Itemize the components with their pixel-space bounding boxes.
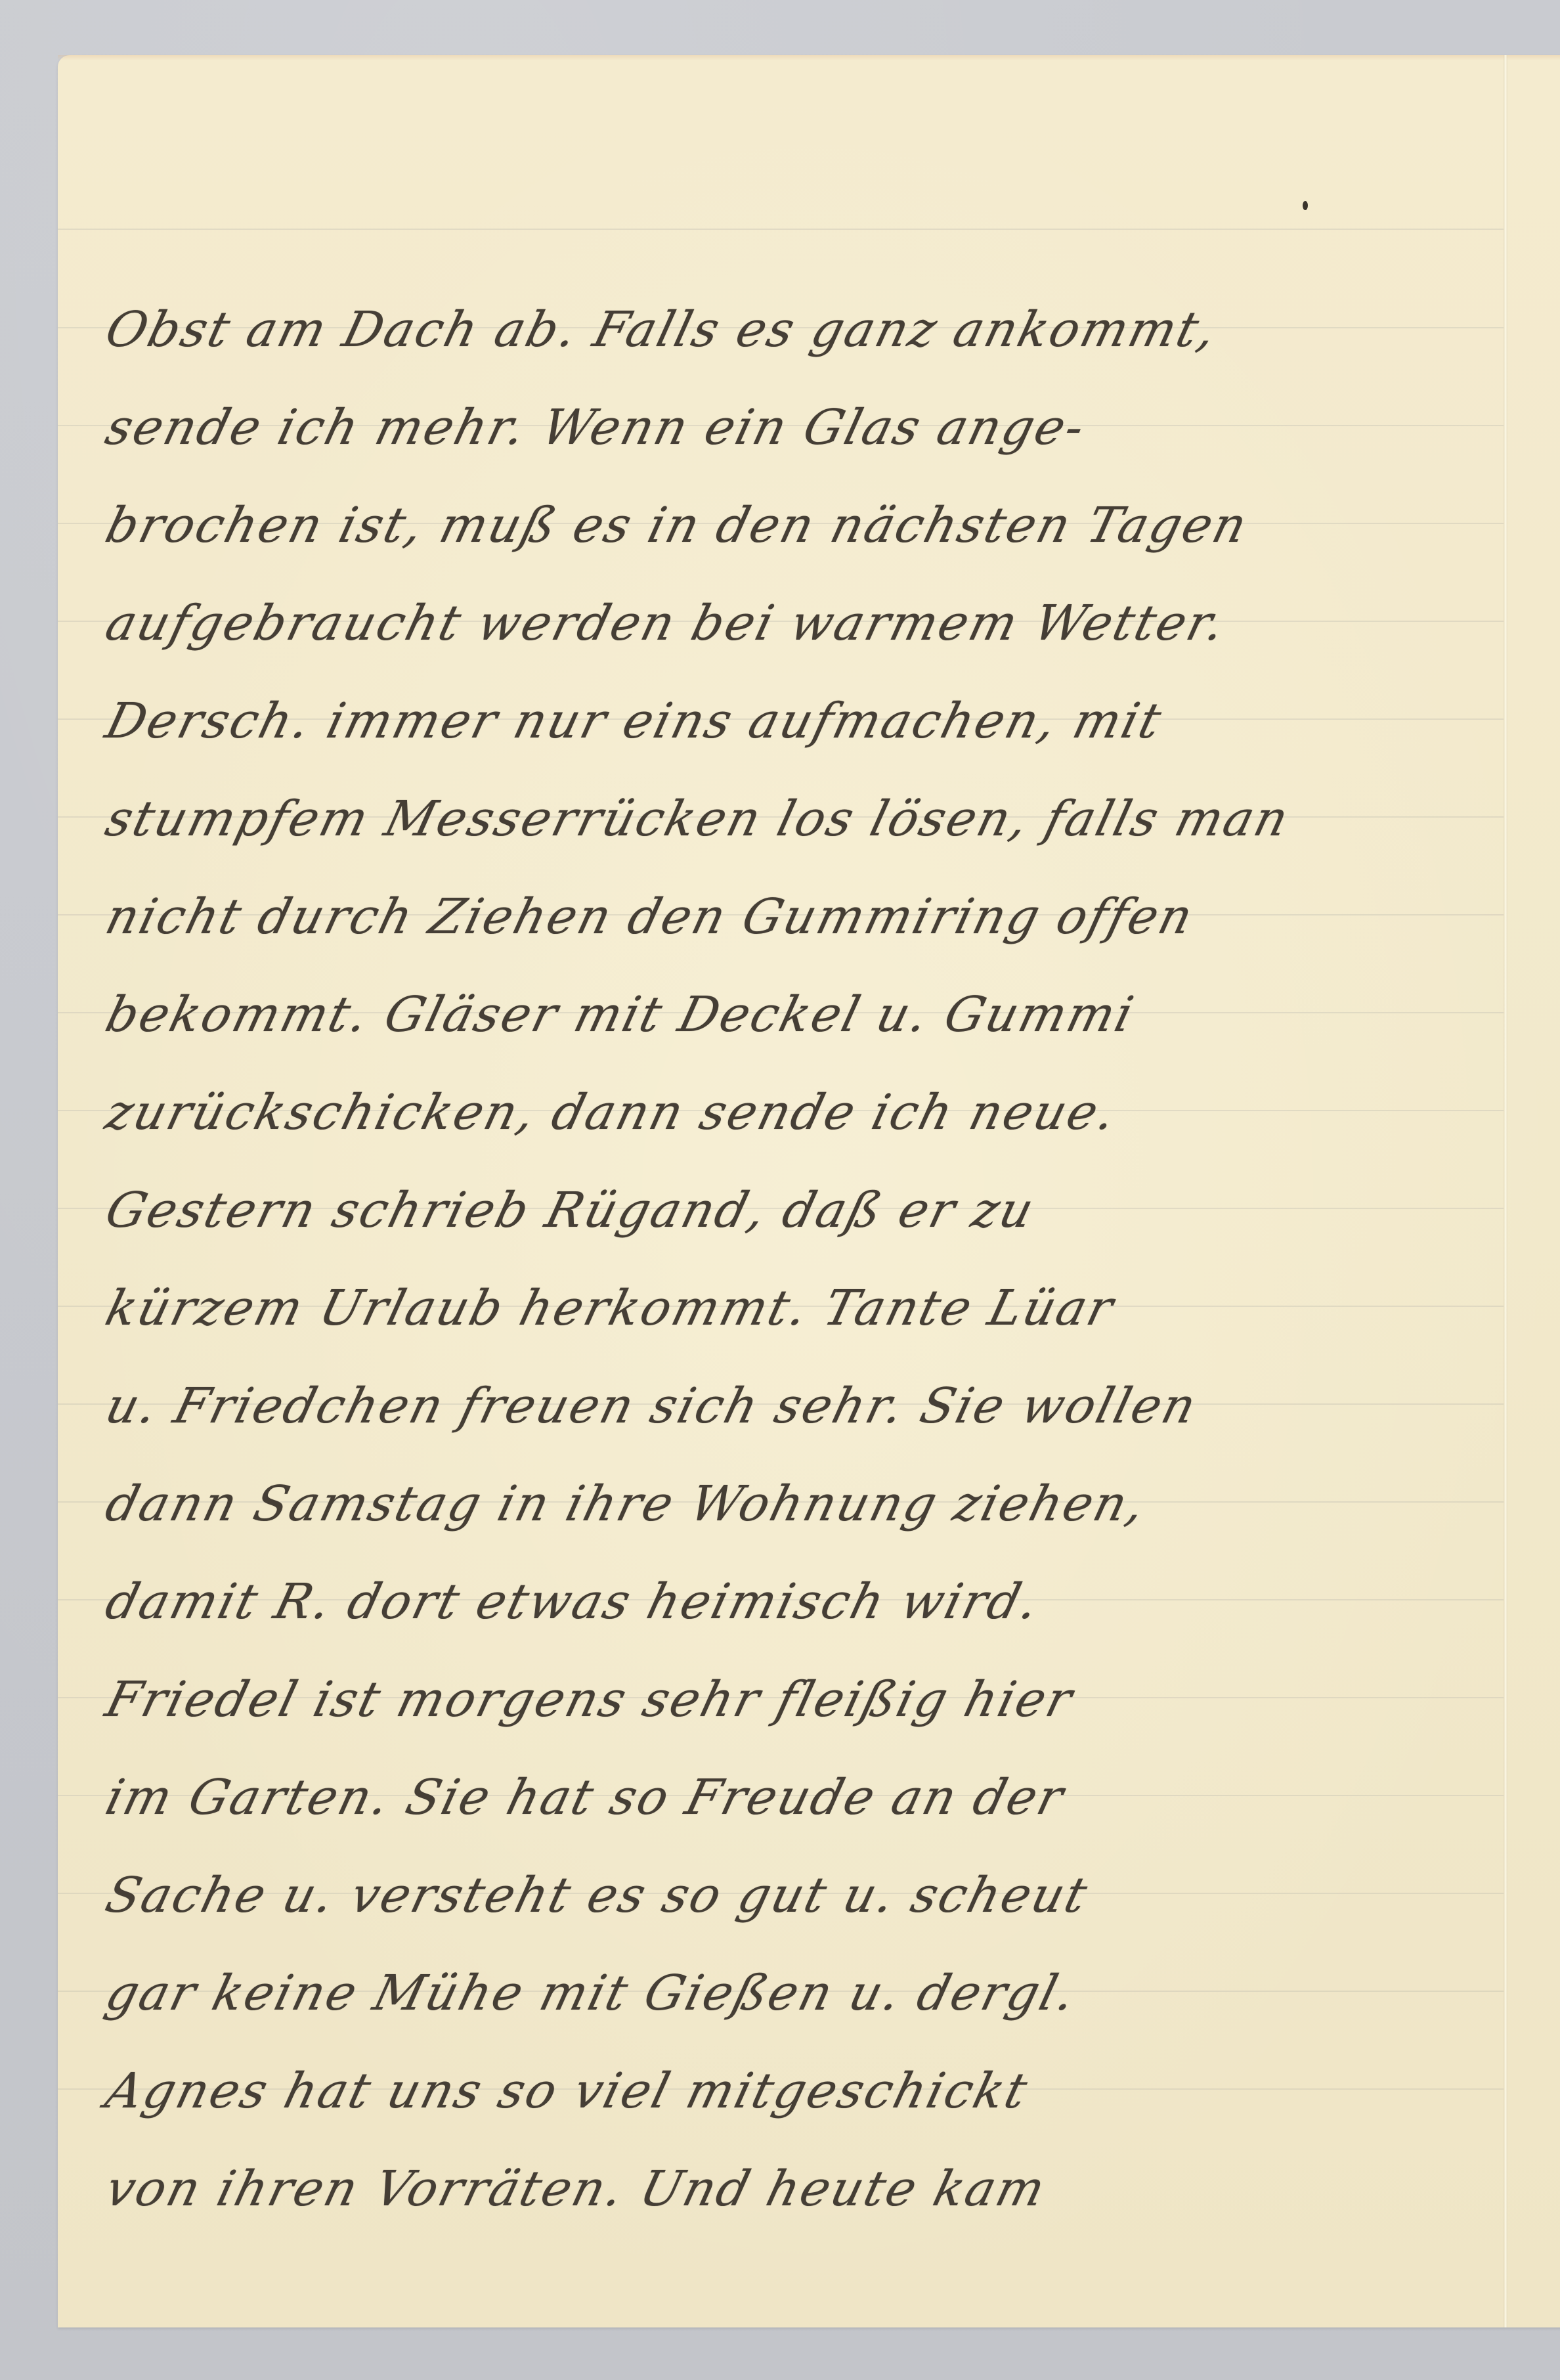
text-line: gar keine Mühe mit Gießen u. dergl. <box>97 1935 1513 2033</box>
text-line: dann Samstag in ihre Wohnung ziehen, <box>97 1446 1513 1544</box>
text-line: Agnes hat uns so viel mitgeschickt <box>97 2033 1513 2131</box>
text-line: brochen ist, muß es in den nächsten Tage… <box>97 468 1513 565</box>
letter-page: Obst am Dach ab. Falls es ganz ankommt, … <box>58 55 1560 2327</box>
text-line: Sache u. versteht es so gut u. scheut <box>97 1838 1513 1935</box>
text-line: von ihren Vorräten. Und heute kam <box>97 2131 1513 2229</box>
text-line: Dersch. immer nur eins aufmachen, mit <box>97 663 1513 761</box>
text-line: stumpfem Messerrücken los lösen, falls m… <box>97 761 1513 859</box>
text-line: kürzem Urlaub herkommt. Tante Lüar <box>97 1250 1513 1348</box>
text-line: Friedel ist morgens sehr fleißig hier <box>97 1642 1513 1740</box>
ruled-line <box>58 229 1504 230</box>
text-line: u. Friedchen freuen sich sehr. Sie wolle… <box>97 1348 1513 1446</box>
text-line: aufgebraucht werden bei warmem Wetter. <box>97 565 1513 663</box>
text-line: Gestern schrieb Rügand, daß er zu <box>97 1153 1513 1250</box>
text-line: nicht durch Ziehen den Gummiring offen <box>97 859 1513 957</box>
ink-spot <box>1303 201 1308 210</box>
text-line: im Garten. Sie hat so Freude an der <box>97 1740 1513 1838</box>
text-line: Obst am Dach ab. Falls es ganz ankommt, <box>97 272 1513 370</box>
paper-edge-stain <box>58 55 1560 60</box>
text-line: zurückschicken, dann sende ich neue. <box>97 1055 1513 1153</box>
text-line: bekommt. Gläser mit Deckel u. Gummi <box>97 957 1513 1055</box>
text-line: sende ich mehr. Wenn ein Glas ange- <box>97 370 1513 468</box>
text-line: damit R. dort etwas heimisch wird. <box>97 1544 1513 1642</box>
handwritten-text: Obst am Dach ab. Falls es ganz ankommt, … <box>97 272 1489 2229</box>
